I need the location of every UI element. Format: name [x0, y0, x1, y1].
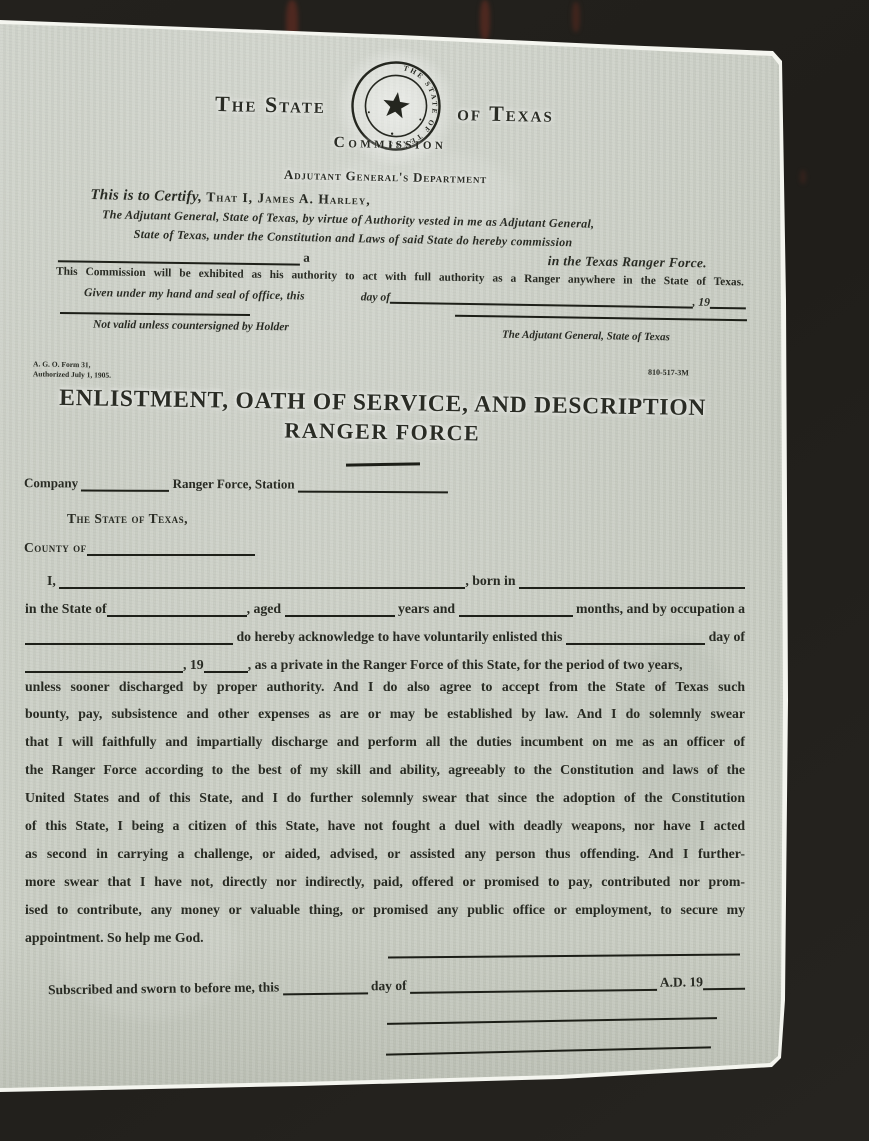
form-number-line2: Authorized July 1, 1905. [33, 369, 111, 380]
oath-line: that I will faithfully and impartially d… [25, 728, 745, 756]
text-run: in the State of [25, 601, 107, 617]
text-run: Subscribed and sworn to before me, this [48, 979, 283, 998]
oath-line: in the State of, aged years and months, … [25, 589, 745, 617]
text-run: , born in [465, 573, 519, 589]
text-run: Ranger Force, Station [169, 476, 298, 493]
blank-field [710, 294, 746, 310]
text-run: day of [367, 978, 410, 995]
blank-field [459, 602, 573, 617]
adjutant-signature-line [455, 315, 747, 322]
text-run: , 19 [183, 657, 204, 673]
blank-field [25, 630, 233, 645]
text-run: , aged [247, 601, 285, 617]
oath-line: do hereby acknowledge to have voluntaril… [25, 617, 745, 645]
background-streak [480, 0, 490, 40]
photo-of-document: The State of Texas THE STATE OF TEXAS Co… [0, 0, 869, 1141]
blank-field [282, 979, 367, 995]
text-run: months, and by occupation a [573, 601, 746, 617]
seal-star-icon [381, 90, 411, 119]
header-commission: Commission [295, 133, 485, 155]
text-run: Given under my hand and seal of office, … [84, 286, 305, 302]
blank-field [298, 478, 448, 494]
text-run: day of [361, 290, 390, 303]
oath-line: I, , born in [25, 561, 745, 589]
spacer [310, 266, 548, 269]
oath-line: unless sooner discharged by proper autho… [25, 673, 745, 701]
text-run: day of [705, 629, 745, 645]
background-streak [800, 170, 806, 184]
text-run: a [300, 250, 310, 266]
text-run: years and [395, 601, 459, 617]
form-title: ENLISTMENT, OATH OF SERVICE, AND DESCRIP… [25, 384, 741, 450]
text-run: in the Texas Ranger Force. [548, 253, 707, 271]
background-streak [572, 2, 580, 32]
state-of-texas-label: The State of Texas, [67, 511, 188, 527]
title-divider-rule [346, 462, 420, 466]
blank-field [87, 541, 255, 556]
text-run: A.D. 19 [657, 974, 703, 991]
oath-line: the Ranger Force according to the best o… [25, 756, 745, 784]
text-run: I, [47, 573, 59, 589]
form-number: A. G. O. Form 31, Authorized July 1, 190… [33, 359, 111, 379]
text-run: This is to Certify, [90, 187, 206, 205]
print-code: 810-517-3M [648, 368, 689, 378]
text-run: do hereby acknowledge to have voluntaril… [233, 629, 566, 645]
oath-line: appointment. So help me God. [25, 924, 745, 952]
oath-line: bounty, pay, subsistence and other expen… [25, 700, 745, 728]
text-run: That I, James A. Harley, [206, 189, 371, 207]
oath-line: more swear that I have not, directly nor… [25, 868, 745, 896]
given-under-hand-line: Given under my hand and seal of office, … [58, 284, 746, 310]
blank-field [390, 289, 693, 309]
certificate-text-block: This is to Certify, That I, James A. Har… [90, 185, 711, 255]
oath-line: of this State, I being a citizen of this… [25, 812, 745, 840]
blank-field [519, 574, 745, 589]
countersign-signature-line [60, 312, 250, 316]
blank-field [81, 476, 169, 491]
paper: The State of Texas THE STATE OF TEXAS Co… [0, 0, 869, 1141]
text-run: , 19 [692, 296, 710, 309]
blank-field [703, 975, 745, 991]
blank-field [107, 602, 247, 617]
company-station-line: Company Ranger Force, Station [24, 475, 724, 495]
blank-field [410, 976, 657, 994]
blank-field [59, 574, 465, 589]
blank-field [25, 658, 183, 673]
oath-line: as second in carrying a challenge, or ai… [25, 840, 745, 868]
text-run: County of [24, 540, 87, 556]
blank-field [204, 658, 248, 673]
text-run: , as a private in the Ranger Force of th… [248, 657, 683, 673]
text-run: Company [24, 475, 82, 491]
header-state-right: of Texas [438, 100, 573, 128]
adjutant-signature-label: The Adjutant General, State of Texas [502, 329, 670, 344]
oath-body: I, , born in in the State of, aged years… [25, 561, 745, 951]
blank-field [58, 247, 300, 265]
header-state-left: The State [198, 91, 343, 120]
oath-line: United States and of this State, and I d… [25, 784, 745, 812]
oath-line: ised to contribute, any money or valuabl… [25, 896, 745, 924]
not-valid-note: Not valid unless countersigned by Holder [93, 319, 289, 334]
blank-field [285, 602, 395, 617]
oath-line: , 19, as a private in the Ranger Force o… [25, 645, 745, 673]
county-of-line: County of [24, 540, 444, 556]
officer-title-line [386, 1046, 711, 1056]
officer-signature-line [387, 1017, 717, 1025]
blank-field [566, 630, 705, 645]
recruit-signature-line [388, 953, 740, 958]
spacer [305, 302, 361, 303]
